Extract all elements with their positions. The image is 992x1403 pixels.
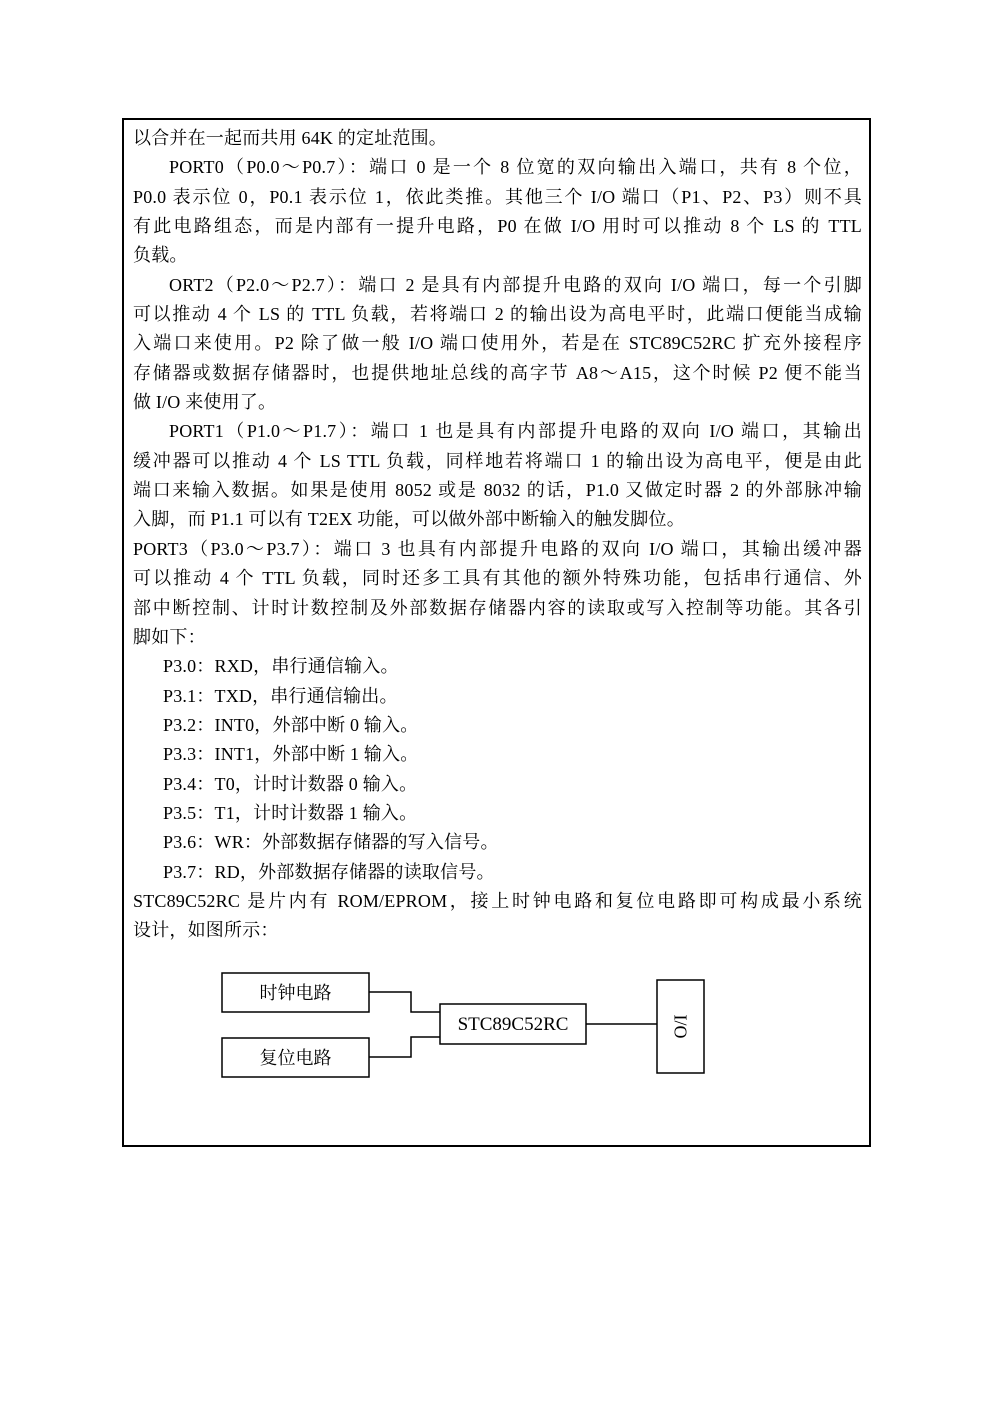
text-line: 入端口来使用。P2 除了做一般 I/O 端口使用外，若是在 STC89C52RC… [133,329,862,358]
text-line: PORT0（P0.0～P0.7）：端口 0 是一个 8 位宽的双向输出入端口，共… [133,153,862,182]
text-line: ORT2（P2.0～P2.7）：端口 2 是具有内部提升电路的双向 I/O 端口… [133,271,862,300]
text-line: 可以推动 4 个 LS 的 TTL 负载，若将端口 2 的输出设为高电平时，此端… [133,300,862,329]
text-line: 端口来输入数据。如果是使用 8052 或是 8032 的话，P1.0 又做定时器… [133,476,862,505]
pin-list-item: P3.3：INT1，外部中断 1 输入。 [133,740,862,769]
text-line: 部中断控制、计时计数控制及外部数据存储器内容的读取或写入控制等功能。其各引 [133,594,862,623]
reset-circuit-label: 复位电路 [260,1048,332,1068]
pin-list-item: P3.6：WR：外部数据存储器的写入信号。 [133,828,862,857]
minimum-system-diagram: 时钟电路 复位电路 STC89C52RC I/O [124,960,724,1095]
page-border-frame: 以合并在一起而共用 64K 的定址范围。 PORT0（P0.0～P0.7）：端口… [122,118,871,1147]
io-label: I/O [671,1015,691,1039]
text-line: 设计，如图所示： [133,916,862,945]
pin-list-item: P3.1：TXD，串行通信输出。 [133,682,862,711]
text-line: 脚如下： [133,623,862,652]
text-line: 入脚，而 P1.1 可以有 T2EX 功能，可以做外部中断输入的触发脚位。 [133,505,862,534]
pin-list-item: P3.2：INT0，外部中断 0 输入。 [133,711,862,740]
body-text-block: 以合并在一起而共用 64K 的定址范围。 PORT0（P0.0～P0.7）：端口… [133,124,862,946]
text-line: P0.0 表示位 0，P0.1 表示位 1，依此类推。其他三个 I/O 端口（P… [133,183,862,212]
text-line: 以合并在一起而共用 64K 的定址范围。 [133,124,862,153]
text-line: PORT1（P1.0～P1.7）：端口 1 也是具有内部提升电路的双向 I/O … [133,417,862,446]
text-line: 可以推动 4 个 TTL 负载，同时还多工具有其他的额外特殊功能，包括串行通信、… [133,564,862,593]
clock-circuit-label: 时钟电路 [260,983,332,1003]
pin-list-item: P3.0：RXD，串行通信输入。 [133,652,862,681]
reset-to-mcu-connector [369,1037,440,1057]
pin-list-item: P3.4：T0，计时计数器 0 输入。 [133,770,862,799]
text-line: 负载。 [133,241,862,270]
mcu-label: STC89C52RC [458,1014,569,1035]
text-line: PORT3（P3.0～P3.7）：端口 3 也具有内部提升电路的双向 I/O 端… [133,535,862,564]
pin-list-item: P3.7：RD，外部数据存储器的读取信号。 [133,858,862,887]
text-line: 存储器或数据存储器时，也提供地址总线的高字节 A8～A15，这个时候 P2 便不… [133,359,862,388]
text-line: STC89C52RC 是片内有 ROM/EPROM，接上时钟电路和复位电路即可构… [133,887,862,916]
clock-to-mcu-connector [369,992,440,1012]
text-line: 做 I/O 来使用了。 [133,388,862,417]
text-line: 有此电路组态，而是内部有一提升电路，P0 在做 I/O 用时可以推动 8 个 L… [133,212,862,241]
text-line: 缓冲器可以推动 4 个 LS TTL 负载，同样地若将端口 1 的输出设为高电平… [133,447,862,476]
document-page: 以合并在一起而共用 64K 的定址范围。 PORT0（P0.0～P0.7）：端口… [0,0,992,1403]
pin-list-item: P3.5：T1，计时计数器 1 输入。 [133,799,862,828]
